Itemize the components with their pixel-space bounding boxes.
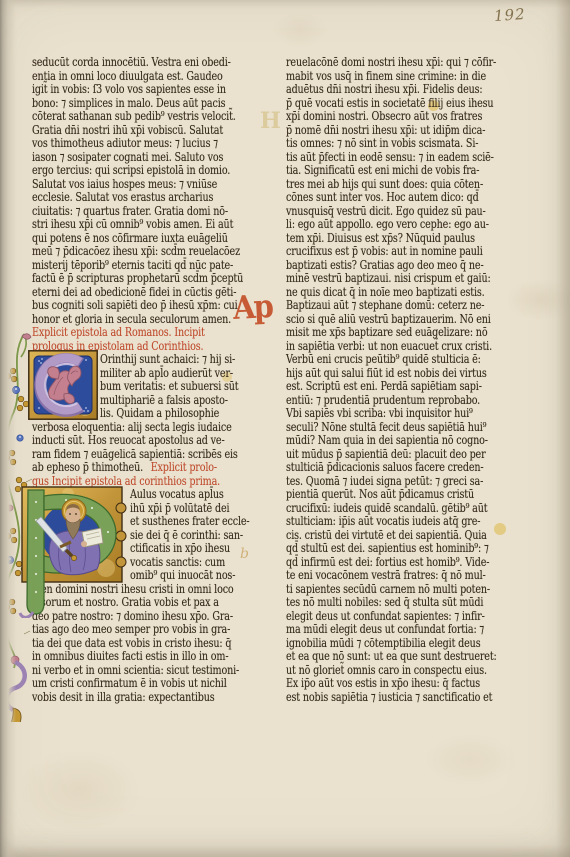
text-line: vnusquisq̄ vestrū dicit. Ego quidez sū p… [286,205,542,219]
illuminated-initial-p-saint-paul [8,486,128,618]
text-line: Verbū eni crucis peūtib⁹ quidē stulticia… [286,353,542,367]
text-line: tia dei que data est vobis in cristo ihe… [32,637,288,651]
text-line: meū ⁊ p̄dicacōez ihesu xp̄i: scd̄m reuel… [32,245,288,259]
text-line: baptizati estis? Gratias ago deo meo q̄ … [286,259,542,273]
text-line: stulticiam: ip̄is aūt vocatis iudeis atq… [286,515,542,529]
text-line: ergo tercius: qui scripsi epistolā in do… [32,164,288,178]
mixed-line-black-text: ab epheso p̄ thimotheū. [32,460,143,474]
text-line: ciuitatis: ⁊ quartus frater. Gratia domi… [32,205,288,219]
text-line: ma mūdi elegit deus ut confundat fortia:… [286,623,542,637]
text-line: honor et gloria in secula seculorum amen… [32,313,288,327]
text-line: crucifixū: iudeis quidē scandalū. gētib⁹… [286,502,542,516]
text-line: Baptizaui aūt ⁊ stephane domū: ceterz ne… [286,299,542,313]
text-line: entiū: ⁊ prudentiā prudentum reprobabo. [286,394,542,408]
romans-ending-paragraph: seducūt corda innocētiū. Vestra eni obed… [32,56,282,326]
text-line: in omnibus diuites facti estis in illo i… [32,650,288,664]
text-line: scio si quē aliū vestrū baptizauerim. Nō… [286,313,542,327]
illuminated-initial-c [28,350,98,420]
text-line: p̄ quē vocati estis in societatē filij e… [286,97,542,111]
text-line: mabit vos usq̄ in finem sine crimine: in… [286,70,542,84]
text-line: cis. cristū dei virtutē et dei sapientiā… [286,529,542,543]
text-line: eterni dei ad obedicionē fidei in cūctis… [32,286,288,300]
text-line: et ea que nō sunt: ut ea que sunt destru… [286,650,542,664]
text-line: vobis desit in illa gratia: expectantibu… [32,691,288,705]
right-text-column: reuelacōnē domi nostri ihesu xp̄i: qui ⁊… [286,56,536,704]
text-line: qd̄ infirmū est dei: fortius est homib⁹.… [286,556,542,570]
text-line: hijs aūt qui salui fiūt id est nobis dei… [286,367,542,381]
prologue-full-lines: verbosa eloquentia: alij secta legis iud… [32,421,282,462]
text-line: igit̃ in vobis: ſ3 volo vos sapientes es… [32,83,288,97]
text-line: te eni vocacōnem vestrā fratres: q̄ nō m… [286,569,542,583]
text-line: mūdi? Nam quia in dei sapientia nō cogno… [286,434,542,448]
explicit-romans-rubric: Explicit epistola ad Romanos. Incipitpro… [32,326,282,353]
text-line: misit me xp̄s baptizare sed euāgelizare:… [286,326,542,340]
text-line: crucifixus est p̄ vobis: aut in nomine p… [286,245,542,259]
text-line: bus cogniti soli sapiēti deo p̄ ihesū xp… [32,299,288,313]
text-line: iason ⁊ sosipater cognati mei. Saluto vo… [32,151,288,165]
text-line: um cristi confirmatum ē in vobis ut nich… [32,677,288,691]
text-line: in sapiētia verbi: ut non euacuet̃ crux … [286,340,542,354]
text-line: entia in omni loco diuulgata est. Gaudeo [32,70,288,84]
text-line: stri ihesu xp̄i cū omnib⁹ vobis amen. Ei… [32,218,288,232]
text-line: qui potens ē nos cōfirmare iuxta euāgeli… [32,232,288,246]
mixed-black-red-line: ab epheso p̄ thimotheū. Explicit prolo- [32,461,288,475]
text-line: tis omnes: ⁊ nō sint in vobis scismata. … [286,137,542,151]
text-line: elegit deus ut confundat sapientes: ⁊ in… [286,610,542,624]
text-line: vos thimotheus adiutor meus: ⁊ lucius ⁊ [32,137,288,151]
mixed-line-red-text: Explicit prolo- [151,460,217,474]
text-line: est nobis sapiētia ⁊ iusticia ⁊ sanctifi… [286,691,542,705]
text-line: stulticiā p̄dicacionis saluos facere cre… [286,461,542,475]
text-line: tis aūt p̄fecti in eodē sensu: ⁊ in eade… [286,151,542,165]
text-line: Ex ip̄o aūt vos estis in xp̄o ihesu: q̄ … [286,677,542,691]
text-line: Explicit epistola ad Romanos. Incipit [32,326,288,340]
text-line: tres mei ab hijs qui sunt does: quia cōt… [286,178,542,192]
text-line: Gratia dn̄i nostri ihū xp̄i vobiscū. Sal… [32,124,288,138]
text-line: minē vestrū baptizaui. nisi crispum et g… [286,272,542,286]
text-line: Salutat vos iaius hospes meus: ⁊ vniūse [32,178,288,192]
text-line: pientiā querūt. Nos aūt p̄dicamus cristū [286,488,542,502]
text-line: cōterat sathanan sub pedib⁹ vestris velo… [32,110,288,124]
text-line: p̄ nomē dn̄i nostri ihesu xp̄i: ut idip̄… [286,124,542,138]
text-line: cōnes sunt inter vos. Hoc autem dico: qd… [286,191,542,205]
text-line: verbosa eloquentia: alij secta legis iud… [32,421,288,435]
text-line: xp̄i domini nostri. Obsecro aūt vos frat… [286,110,542,124]
text-line: aduētus dn̄i nostri ihesu xp̄i. Fidelis … [286,83,542,97]
text-line: tias ago deo meo semper pro vobis in gra… [32,623,288,637]
text-line: Vbi sapiēs vbi scriba: vbi inquisitor hu… [286,407,542,421]
text-line: ignobilia mūdi ⁊ cōtemptibilia elegit de… [286,637,542,651]
text-line: seducūt corda innocētiū. Vestra eni obed… [32,56,288,70]
text-line: tia. Significatū est eni michi de vobis … [286,164,542,178]
text-line: est. Scriptū est eni. Perdā sapiētiam sa… [286,380,542,394]
text-line: ni verbo et in omni scientia: sicut test… [32,664,288,678]
text-line: bono: ⁊ simplices in malo. Deus aūt paci… [32,97,288,111]
text-line: ti sapientes secūdū carnem nō multi pote… [286,583,542,597]
text-line: tem xp̄i. Diuisus est xp̄s? Nūquid paulu… [286,232,542,246]
text-line: inducti sūt. Hos reuocat apostolus ad ve… [32,434,288,448]
text-line: reuelacōnē domi nostri ihesu xp̄i: qui ⁊… [286,56,542,70]
manuscript-page: 192 Ap b H [0,0,570,857]
text-line: ut nō gloriet̃ omnis caro in conspectu e… [286,664,542,678]
folio-number: 192 [493,5,526,25]
text-line: qd̄ stultū est dei. sapientius est homin… [286,542,542,556]
text-line: uit mūdus p̄ sapientiā deū: placuit deo … [286,448,542,462]
right-column-lines: reuelacōnē domi nostri ihesu xp̄i: qui ⁊… [286,56,536,704]
text-line: tes. Quomā ⁊ iudei signa petūt: ⁊ greci … [286,475,542,489]
text-line: misterij tēporib⁹ eternis taciti qd̄ nūc… [32,259,288,273]
text-line: ne quis dicat q̄ in noīe meo baptizati e… [286,286,542,300]
text-line: li: ego aūt appollo. ego vero cephe: ego… [286,218,542,232]
text-line: ram fidem ⁊ euāgelicā sapientiā: scribēs… [32,448,288,462]
text-line: ecclesie. Salutat vos erastus archarius [32,191,288,205]
text-line: seculi? Nōne stultā fecit deus sapiētiā … [286,421,542,435]
text-line: factū ē p̄ scripturas prophetarū scd̄m p… [32,272,288,286]
text-line: tes nō multi nobiles: sed q̄ stulta sūt … [286,596,542,610]
